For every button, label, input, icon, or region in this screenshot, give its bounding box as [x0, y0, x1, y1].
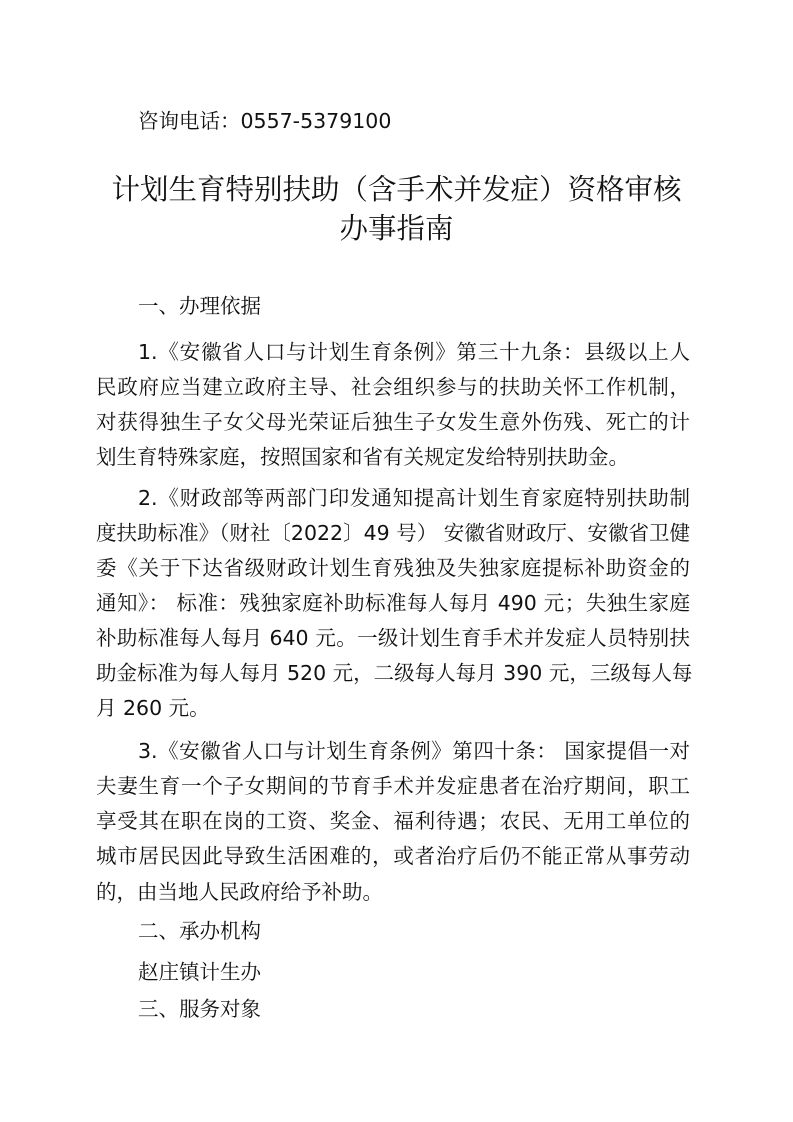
agency-name: 赵庄镇计生办 — [138, 960, 261, 984]
item1-line: 1.《安徽省人口与计划生育条例》第三十九条：县级以上人 — [138, 340, 690, 364]
document-title-line1: 计划生育特别扶助（含手术并发症）资格审核 — [0, 173, 793, 207]
item3-line: 享受其在职在岗的工资、奖金、福利待遇；农民、无用工单位的 — [96, 809, 690, 833]
item2-line: 2.《财政部等两部门印发通知提高计划生育家庭特别扶助制 — [138, 486, 690, 510]
item2-line: 月 260 元。 — [96, 696, 210, 720]
item3-line: 城市居民因此导致生活困难的，或者治疗后仍不能正常从事劳动 — [96, 844, 690, 868]
item2-line: 度扶助标准》（财社〔2022〕49 号） 安徽省财政厅、安徽省卫健 — [96, 521, 690, 545]
item1-line: 民政府应当建立政府主导、社会组织参与的扶助关怀工作机制， — [96, 375, 690, 399]
section-heading-service-target: 三、服务对象 — [138, 997, 261, 1021]
item1-line: 对获得独生子女父母光荣证后独生子女发生意外伤残、死亡的计 — [96, 410, 690, 434]
item3-line: 夫妻生育一个子女期间的节育手术并发症患者在治疗期间，职工 — [96, 774, 690, 798]
item2-line: 委《关于下达省级财政计划生育残独及失独家庭提标补助资金的 — [96, 556, 690, 580]
contact-phone: 咨询电话：0557-5379100 — [138, 109, 391, 133]
item2-line: 补助标准每人每月 640 元。一级计划生育手术并发症人员特别扶 — [96, 626, 690, 650]
item3-line: 3.《安徽省人口与计划生育条例》第四十条： 国家提倡一对 — [138, 739, 690, 763]
item3-line: 的，由当地人民政府给予补助。 — [96, 880, 383, 904]
item2-line: 助金标准为每人每月 520 元，二级每人每月 390 元，三级每人每 — [96, 661, 690, 685]
item1-line: 划生育特殊家庭，按照国家和省有关规定发给特别扶助金。 — [96, 445, 629, 469]
section-heading-basis: 一、办理依据 — [138, 294, 261, 318]
item2-line: 通知》： 标准：残独家庭补助标准每人每月 490 元；失独生家庭 — [96, 591, 690, 615]
section-heading-agency: 二、承办机构 — [138, 919, 261, 943]
document-title-line2: 办事指南 — [0, 212, 793, 246]
